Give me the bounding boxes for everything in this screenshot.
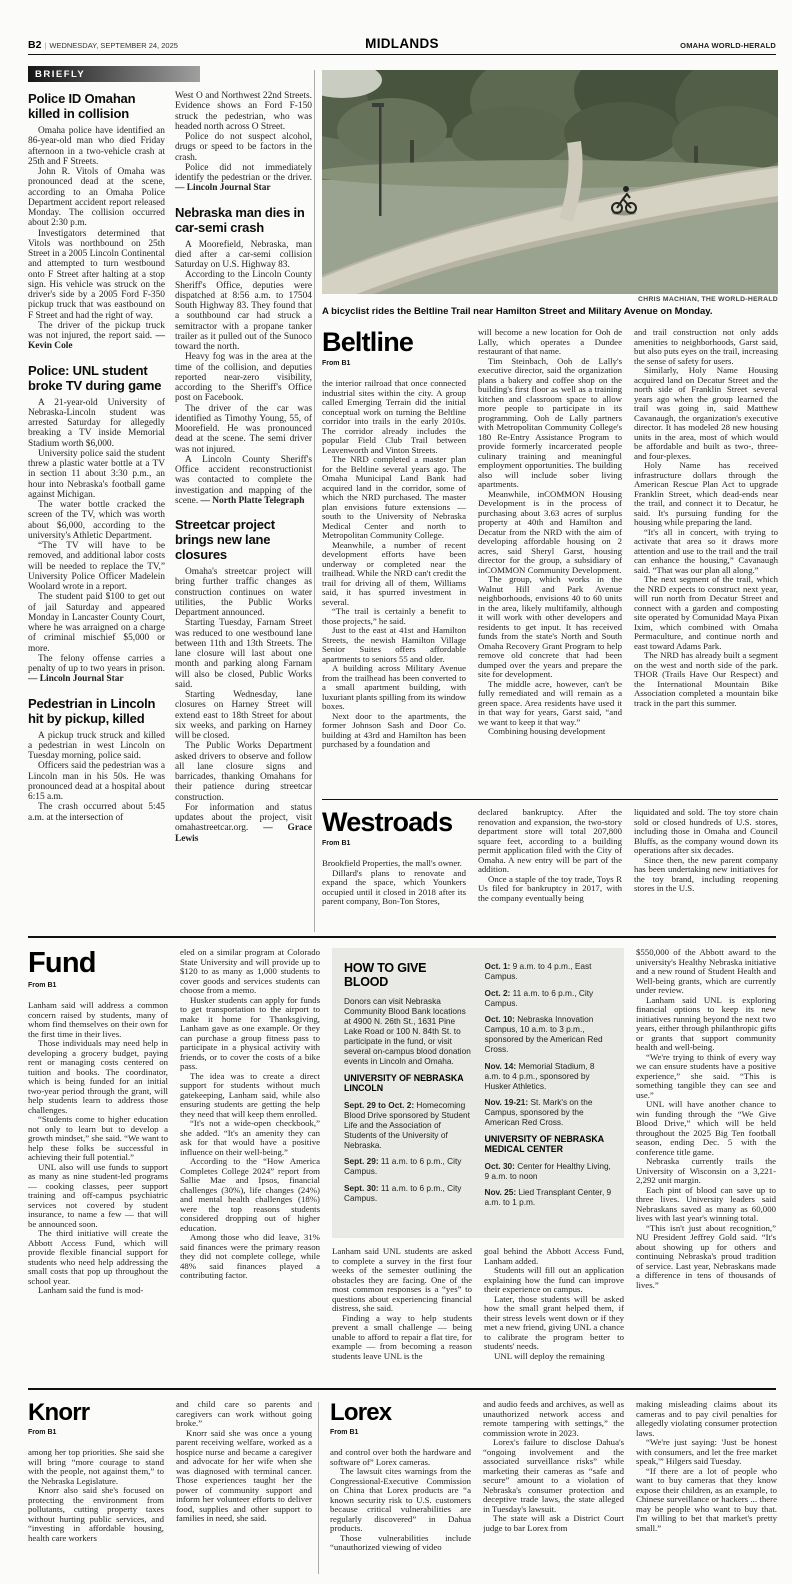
paragraph: Next door to the apartments, the former … — [322, 712, 466, 750]
paragraph: The water bottle cracked the screen of t… — [28, 500, 165, 541]
paragraph: University police said the student threw… — [28, 449, 165, 500]
beltline-article: Beltline From B1 the interior railroad t… — [322, 328, 778, 790]
newspaper-page: B2|WEDNESDAY, SEPTEMBER 24, 2025 MIDLAND… — [0, 0, 792, 1584]
paragraph: The lawsuit cites warnings from the Cong… — [330, 1467, 471, 1534]
paragraph: A pickup truck struck and killed a pedes… — [28, 731, 165, 762]
paragraph: and audio feeds and archives, as well as… — [483, 1400, 624, 1438]
westroads-column-2: declared bankruptcy. After the renovatio… — [478, 808, 622, 932]
paragraph: making misleading claims about its camer… — [636, 1400, 777, 1438]
paragraph: Lanham said UNL is exploring financial o… — [636, 996, 776, 1053]
paragraph: UNL will deploy the remaining — [484, 1352, 624, 1362]
paragraph: The Public Works Department asked driver… — [175, 741, 312, 803]
event-entry: Sept. 29 to Oct. 2: Homecoming Blood Dri… — [344, 1100, 472, 1150]
paragraph: Husker students can apply for funds to g… — [180, 996, 320, 1072]
brief-headline: Streetcar project brings new lane closur… — [175, 517, 312, 562]
paragraph: Knorr also said she's focused on protect… — [28, 1486, 164, 1543]
paragraph: A Moorefield, Nebraska, man died after a… — [175, 240, 312, 271]
brief-headline: Police ID Omahan killed in collision — [28, 91, 165, 121]
paragraph: “It's not a wide-open checkbook,” she ad… — [180, 1119, 320, 1157]
paragraph: The student paid $100 to get out of jail… — [28, 592, 165, 654]
fund-column-4: goal behind the Abbott Access Fund, Lanh… — [484, 1247, 624, 1375]
event-entry: Sept. 30: 11 a.m. to 6 p.m., City Campus… — [344, 1183, 472, 1203]
paragraph: “If there are a lot of people who want t… — [636, 1467, 777, 1534]
event-entry: Oct. 2: 11 a.m. to 6 p.m., City Campus. — [485, 988, 613, 1008]
fund-column-3: Lanham said UNL students are asked to co… — [332, 1247, 472, 1375]
paragraph: The idea was to create a direct support … — [180, 1072, 320, 1120]
masthead-rule — [28, 54, 776, 55]
lorex-column-1-text: and control over both the hardware and s… — [330, 1448, 471, 1553]
page-number: B2 — [28, 39, 41, 51]
mid-page-rule — [28, 936, 776, 938]
paragraph: Omaha's streetcar project will bring fur… — [175, 567, 312, 618]
beltline-column-2: will become a new location for Ooh de La… — [478, 328, 622, 790]
paragraph: Once a staple of the toy trade, Toys R U… — [478, 875, 622, 904]
event-entry: Sept. 29: 11 a.m. to 6 p.m., City Campus… — [344, 1156, 472, 1176]
section-title: MIDLANDS — [277, 36, 526, 51]
paragraph: among her top priorities. She said she w… — [28, 1448, 164, 1486]
lorex-column-3: making misleading claims about its camer… — [636, 1400, 777, 1578]
trail-photo — [322, 70, 778, 294]
paragraph: will become a new location for Ooh de La… — [478, 328, 622, 357]
knorr-column-2: and child care so parents and caregivers… — [176, 1400, 312, 1578]
paragraph: The state will ask a District Court judg… — [483, 1514, 624, 1533]
fund-jump-line: From B1 — [28, 982, 168, 989]
event-entry: Oct. 30: Center for Healthy Living, 9 a.… — [485, 1161, 613, 1181]
paragraph: Those vulnerabilities include “unauthori… — [330, 1534, 471, 1553]
vertical-divider-bottom — [318, 1402, 319, 1574]
fund-article: Fund From B1 Lanham said will address a … — [28, 948, 778, 1384]
paragraph: Tim Steinbach, Ooh de Lally's executive … — [478, 357, 622, 490]
blood-drive-box: HOW TO GIVE BLOOD Donors can visit Nebra… — [332, 948, 624, 1238]
paragraph: Among those who did leave, 31% said fina… — [180, 1233, 320, 1281]
masthead-left: B2|WEDNESDAY, SEPTEMBER 24, 2025 — [28, 39, 277, 51]
westroads-article: Westroads From B1 Brookfield Properties,… — [322, 808, 778, 932]
paragraph: “Students come to higher education not o… — [28, 1115, 168, 1163]
fund-column-5: $550,000 of the Abbott award to the univ… — [636, 948, 776, 1384]
paragraph: Combining housing development — [478, 727, 622, 737]
photo-block: CHRIS MACHIAN, THE WORLD-HERALD A bicycl… — [322, 70, 778, 317]
knorr-article: Knorr From B1 among her top priorities. … — [28, 1400, 312, 1578]
fund-column-2: eled on a similar program at Colorado St… — [180, 948, 320, 1384]
paragraph: Lorex's failure to disclose Dahua's “ong… — [483, 1438, 624, 1514]
paragraph: goal behind the Abbott Access Fund, Lanh… — [484, 1247, 624, 1266]
paragraph: declared bankruptcy. After the renovatio… — [478, 808, 622, 875]
paragraph: “It's all in concert, with trying to act… — [634, 528, 778, 576]
knorr-column-1: Knorr From B1 among her top priorities. … — [28, 1400, 164, 1578]
paragraph: Starting Tuesday, Farnam Street was redu… — [175, 618, 312, 690]
paragraph: The driver of the pickup truck was not i… — [28, 321, 165, 352]
paragraph: Meanwhile, inCOMMON Housing Development … — [478, 490, 622, 576]
paragraph: eled on a similar program at Colorado St… — [180, 948, 320, 996]
lorex-column-1: Lorex From B1 and control over both the … — [330, 1400, 471, 1578]
paragraph: Lanham said will address a common concer… — [28, 1001, 168, 1039]
paragraph: The NRD completed a master plan for the … — [322, 455, 466, 541]
paragraph: Finding a way to help students prevent a… — [332, 1314, 472, 1362]
brief-headline: Nebraska man dies in car-semi crash — [175, 205, 312, 235]
paragraph: Nebraska currently trails the University… — [636, 1157, 776, 1186]
paragraph: liquidated and sold. The toy store chain… — [634, 808, 778, 856]
paragraph: and trail construction not only adds ame… — [634, 328, 778, 366]
lorex-headline: Lorex — [330, 1400, 471, 1425]
paragraph: Students will fill out an application ex… — [484, 1266, 624, 1295]
paragraph: Holy Name has received infrastructure do… — [634, 461, 778, 528]
paragraph: Just to the east at 41st and Hamilton St… — [322, 626, 466, 664]
paragraph: and control over both the hardware and s… — [330, 1448, 471, 1467]
fund-column-1: Fund From B1 Lanham said will address a … — [28, 948, 168, 1384]
paragraph: Those individuals may need help in devel… — [28, 1039, 168, 1115]
blood-box-column-1-text: Donors can visit Nebraska Community Bloo… — [344, 996, 472, 1203]
paragraph: the interior railroad that once connecte… — [322, 379, 466, 455]
paragraph: Similarly, Holy Name Housing acquired la… — [634, 366, 778, 461]
paragraph: UNL will have another chance to win fund… — [636, 1100, 776, 1157]
paragraph: According to the Lincoln County Sheriff'… — [175, 270, 312, 352]
paragraph: “The trail is certainly a benefit to tho… — [322, 607, 466, 626]
bottom-section-rule — [28, 1388, 776, 1390]
westroads-jump-line: From B1 — [322, 840, 466, 847]
paragraph: The driver of the car was identified as … — [175, 404, 312, 455]
paragraph: and child care so parents and caregivers… — [176, 1400, 312, 1429]
paragraph: “This isn't just about recognition,” NU … — [636, 1224, 776, 1291]
paragraph: Investigators determined that Vitols was… — [28, 229, 165, 321]
westroads-headline: Westroads — [322, 808, 466, 836]
event-entry: Oct. 10: Nebraska Innovation Campus, 10 … — [485, 1014, 613, 1054]
paragraph: The group, which works in the Walnut Hil… — [478, 575, 622, 680]
paragraph: A 21-year-old University of Nebraska-Lin… — [28, 398, 165, 449]
beltline-column-1-text: the interior railroad that once connecte… — [322, 379, 466, 750]
paragraph: Lanham said the fund is mod- — [28, 1286, 168, 1296]
fund-headline: Fund — [28, 948, 168, 978]
paragraph: Dillard's plans to renovate and expand t… — [322, 869, 466, 907]
knorr-headline: Knorr — [28, 1400, 164, 1425]
paragraph: “The TV will have to be removed, and add… — [28, 541, 165, 592]
paragraph: Donors can visit Nebraska Community Bloo… — [344, 996, 472, 1066]
paragraph: Since then, the new parent company has b… — [634, 856, 778, 894]
beltline-column-1: Beltline From B1 the interior railroad t… — [322, 328, 466, 790]
beltline-column-3: and trail construction not only adds ame… — [634, 328, 778, 790]
lorex-article: Lorex From B1 and control over both the … — [330, 1400, 778, 1578]
westroads-top-rule — [322, 799, 778, 800]
masthead: B2|WEDNESDAY, SEPTEMBER 24, 2025 MIDLAND… — [28, 36, 776, 51]
paragraph: The crash occurred about 5:45 a.m. at th… — [28, 802, 165, 823]
briefly-column-2: West O and Northwest 22nd Streets. Evide… — [175, 91, 312, 927]
paragraph: Omaha police have identified an 86-year-… — [28, 126, 165, 167]
paragraph: Meanwhile, a number of recent developmen… — [322, 541, 466, 608]
paragraph: West O and Northwest 22nd Streets. Evide… — [175, 91, 312, 132]
paragraph: Knorr said she was once a young parent r… — [176, 1429, 312, 1524]
paragraph: Later, those students will be asked how … — [484, 1295, 624, 1352]
paragraph: “We're trying to think of every way we c… — [636, 1053, 776, 1101]
paragraph: Police do not suspect alcohol, drugs or … — [175, 132, 312, 163]
westroads-column-1: Westroads From B1 Brookfield Properties,… — [322, 808, 466, 932]
event-entry: Oct. 1: 9 a.m. to 4 p.m., East Campus. — [485, 961, 613, 981]
paragraph: “We're just saying: 'Just be honest with… — [636, 1438, 777, 1467]
paragraph: Police did not immediately identify the … — [175, 163, 312, 194]
paragraph: Starting Wednesday, lane closures on Har… — [175, 690, 312, 741]
event-entry: Nov. 25: Lied Transplant Center, 9 a.m. … — [485, 1187, 613, 1207]
briefly-label: BRIEFLY — [28, 66, 200, 82]
paragraph: $550,000 of the Abbott award to the univ… — [636, 948, 776, 996]
paragraph: UNL also will use funds to support as ma… — [28, 1163, 168, 1230]
paragraph: The middle acre, however, can't be fully… — [478, 680, 622, 728]
event-entry: Nov. 14: Memorial Stadium, 8 a.m. to 4 p… — [485, 1061, 613, 1091]
westroads-column-3: liquidated and sold. The toy store chain… — [634, 808, 778, 932]
paragraph: Heavy fog was in the area at the time of… — [175, 352, 312, 403]
trees — [322, 70, 778, 188]
fund-middle-columns: HOW TO GIVE BLOOD Donors can visit Nebra… — [332, 948, 624, 1384]
knorr-jump-line: From B1 — [28, 1429, 164, 1436]
paragraph: According to the “How America Completes … — [180, 1157, 320, 1233]
paragraph: The NRD has already built a segment on t… — [634, 651, 778, 708]
lorex-jump-line: From B1 — [330, 1429, 471, 1436]
box-subhead: UNIVERSITY OF NEBRASKA MEDICAL CENTER — [485, 1134, 613, 1155]
westroads-column-1-text: Brookfield Properties, the mall's owner.… — [322, 859, 466, 907]
paragraph: For information and status updates about… — [175, 803, 312, 844]
paragraph: Each pint of blood can save up to three … — [636, 1186, 776, 1224]
paragraph: The third initiative will create the Abb… — [28, 1229, 168, 1286]
paragraph: John R. Vitols of Omaha was pronounced d… — [28, 167, 165, 229]
briefly-column-1: Police ID Omahan killed in collisionOmah… — [28, 91, 165, 927]
paper-name: OMAHA WORLD-HERALD — [527, 41, 776, 50]
brief-headline: Police: UNL student broke TV during game — [28, 363, 165, 393]
blood-box-column-1: HOW TO GIVE BLOOD Donors can visit Nebra… — [344, 961, 472, 1214]
beltline-headline: Beltline — [322, 328, 466, 356]
photo-caption: A bicyclist rides the Beltline Trail nea… — [322, 306, 778, 317]
paragraph: Lanham said UNL students are asked to co… — [332, 1247, 472, 1314]
knorr-column-1-text: among her top priorities. She said she w… — [28, 1448, 164, 1543]
brief-headline: Pedestrian in Lincoln hit by pickup, kil… — [28, 696, 165, 726]
blood-box-column-2: Oct. 1: 9 a.m. to 4 p.m., East Campus.Oc… — [485, 961, 613, 1214]
event-entry: Nov. 19-21: St. Mark's on the Campus, sp… — [485, 1097, 613, 1127]
beltline-jump-line: From B1 — [322, 360, 466, 367]
blood-box-title: HOW TO GIVE BLOOD — [344, 961, 472, 989]
paragraph: A building across Military Avenue from t… — [322, 664, 466, 712]
paragraph: The next segment of the trail, which the… — [634, 575, 778, 651]
photo-credit: CHRIS MACHIAN, THE WORLD-HERALD — [322, 296, 778, 303]
paragraph: The felony offense carries a penalty of … — [28, 654, 165, 685]
fund-column-1-text: Lanham said will address a common concer… — [28, 1001, 168, 1296]
masthead-separator: | — [44, 41, 46, 50]
masthead-date: WEDNESDAY, SEPTEMBER 24, 2025 — [49, 41, 178, 50]
lorex-column-2: and audio feeds and archives, as well as… — [483, 1400, 624, 1578]
vertical-divider — [314, 70, 315, 932]
paragraph: Officers said the pedestrian was a Linco… — [28, 761, 165, 802]
briefly-section: BRIEFLY Police ID Omahan killed in colli… — [28, 66, 312, 927]
box-subhead: UNIVERSITY OF NEBRASKA LINCOLN — [344, 1073, 472, 1094]
paragraph: A Lincoln County Sheriff's Office accide… — [175, 455, 312, 506]
